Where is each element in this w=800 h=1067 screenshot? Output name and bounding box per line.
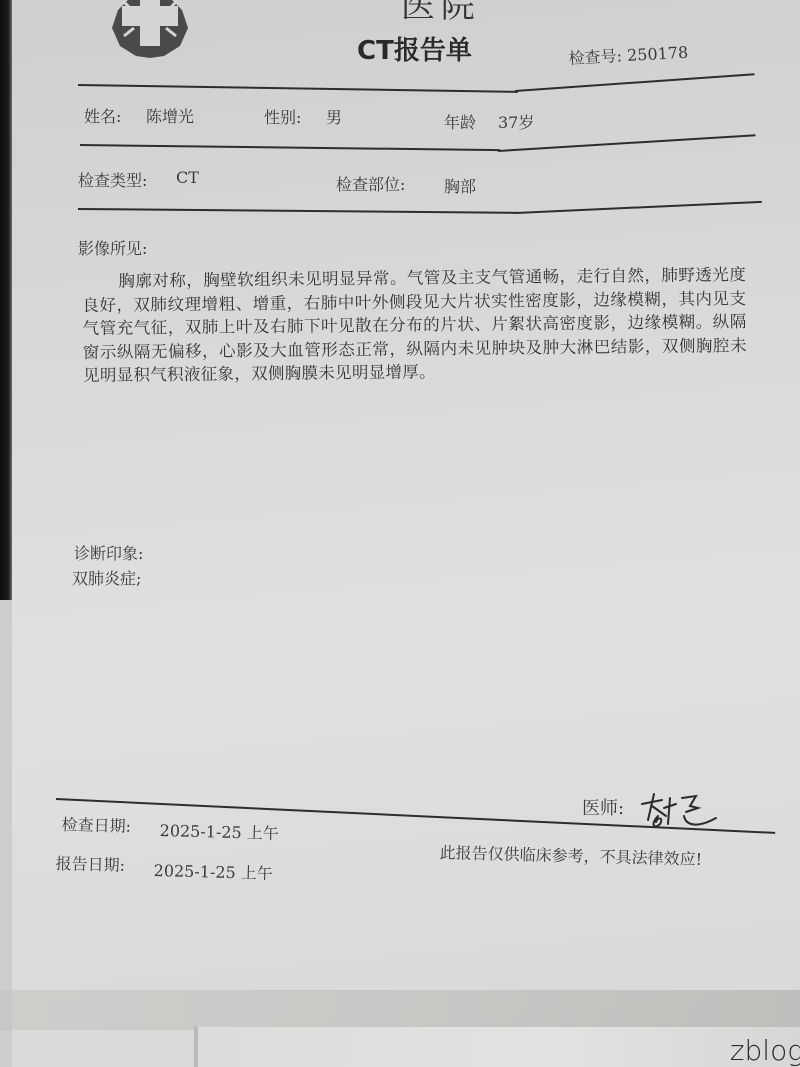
background-edge: [0, 0, 12, 620]
watermark-shadow-band: [0, 990, 800, 1030]
exam-date-label: 检查日期:: [61, 812, 131, 837]
watermark-box: [194, 1027, 800, 1067]
report-date-value: 2025-1-25 上午: [153, 858, 273, 884]
exam-site-value: 胸部: [444, 174, 476, 197]
photo-of-ct-report: 医院 CT报告单 检查号: 250178 姓名: 陈增光 性别: 男 年龄 37…: [0, 0, 800, 1067]
patient-age-value: 37岁: [498, 110, 534, 133]
doctor-label: 医师:: [582, 794, 624, 820]
hospital-name: 医院: [300, 0, 481, 27]
paper-sheet: [10, 0, 800, 1067]
findings-label: 影像所见:: [78, 236, 147, 259]
impression-label: 诊断印象:: [74, 541, 143, 564]
exam-number-label: 检查号:: [568, 46, 622, 68]
impression-text: 双肺炎症;: [72, 566, 141, 589]
hospital-name-visible: 医院: [401, 0, 481, 26]
medical-cross-logo-icon: [110, 0, 190, 58]
exam-number-value: 250178: [627, 43, 689, 65]
patient-gender-label: 性别:: [264, 105, 301, 128]
patient-gender-value: 男: [326, 105, 342, 128]
patient-name-label: 姓名:: [84, 104, 121, 127]
report-title-text: CT报告单: [357, 36, 472, 66]
report-date-label: 报告日期:: [55, 851, 125, 876]
exam-site-label: 检查部位:: [336, 172, 405, 195]
hospital-name-cropped: [300, 0, 401, 26]
patient-age-label: 年龄: [444, 110, 476, 133]
findings-text: 胸廓对称，胸壁软组织未见明显异常。气管及主支气管通畅，走行自然，肺野透光度良好，…: [82, 263, 747, 387]
watermark-text: zblog: [730, 1034, 800, 1067]
exam-date-value: 2025-1-25 上午: [159, 818, 279, 844]
exam-type-value: CT: [176, 168, 199, 187]
patient-name-value: 陈增光: [146, 104, 194, 127]
exam-type-label: 检查类型:: [78, 168, 147, 191]
report-title: CT报告单: [357, 30, 472, 67]
